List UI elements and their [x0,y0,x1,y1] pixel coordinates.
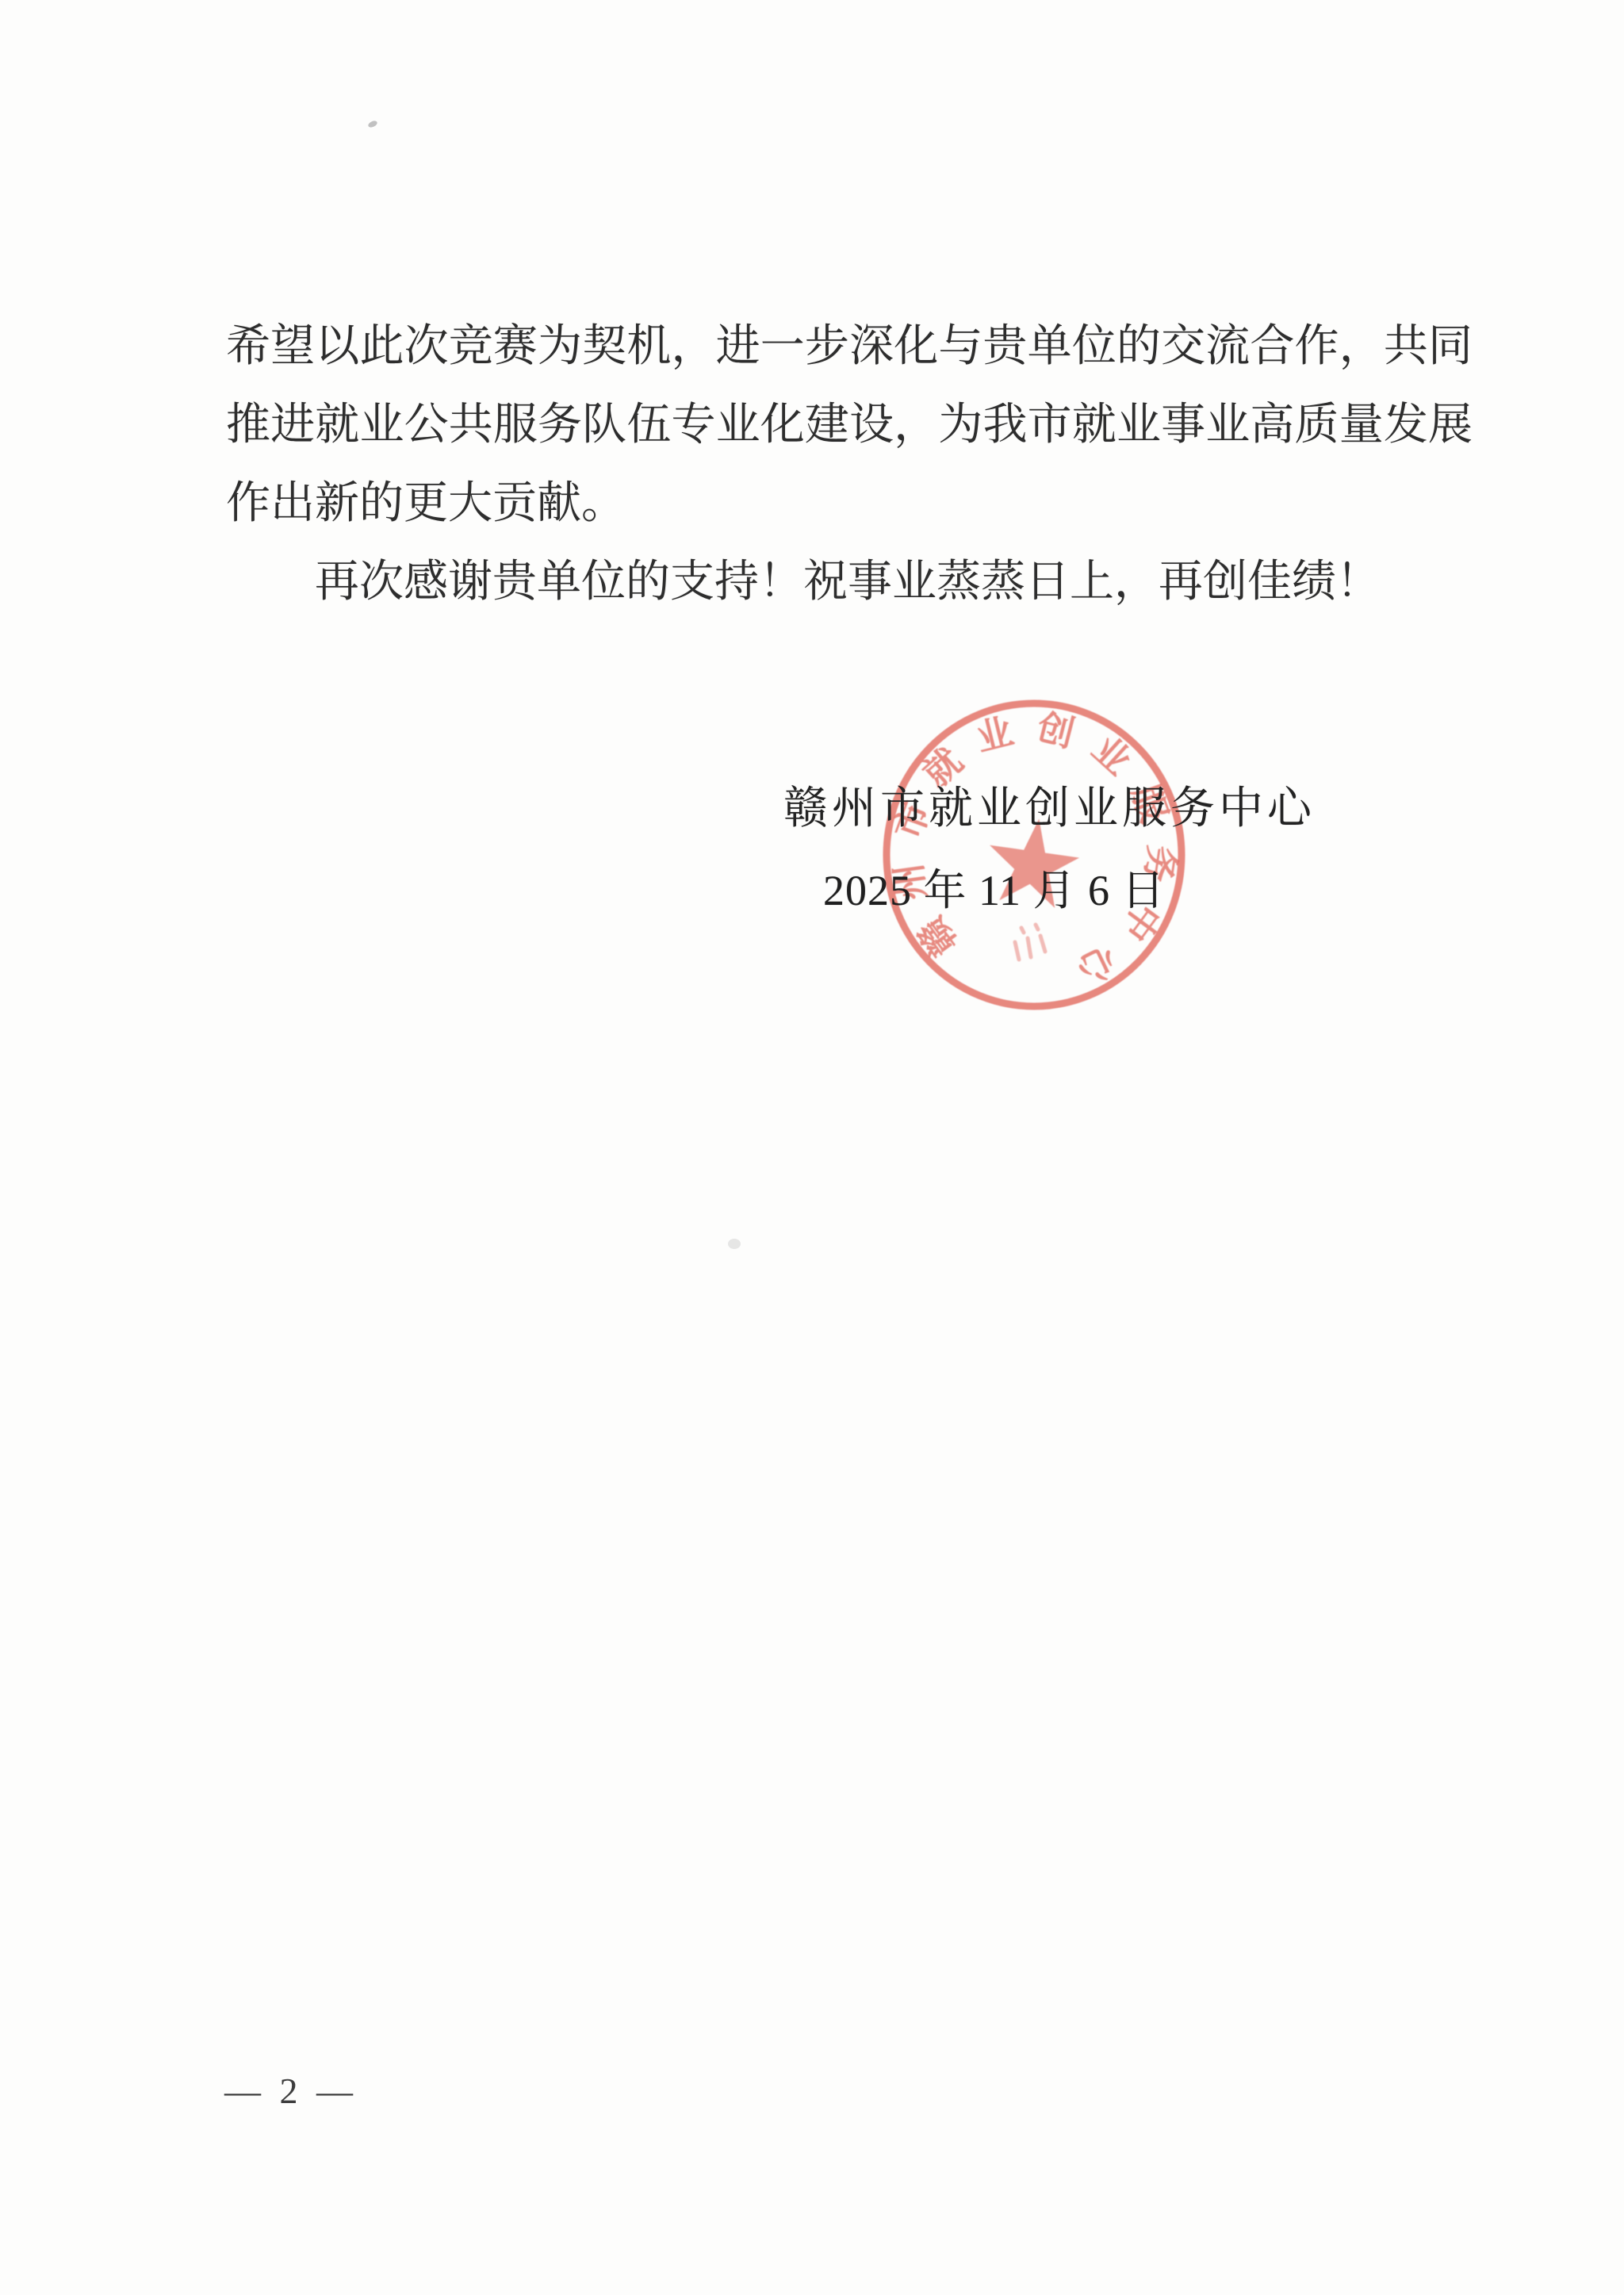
scan-speck-icon [367,120,378,128]
scanned-letter-page: { "document": { "body_lines": [ "希望以此次竞赛… [0,0,1624,2295]
body-line-2: 推进就业公共服务队伍专业化建设，为我市就业事业高质量发展 [226,386,1473,465]
letter-body: 希望以此次竞赛为契机，进一步深化与贵单位的交流合作，共同 推进就业公共服务队伍专… [226,308,1473,622]
scan-speck-icon [728,1239,741,1249]
seal-code-marks-icon [1015,925,1045,960]
date-line: 2025 年 11 月 6 日 [823,868,1166,914]
official-seal: 赣州市就业创业服务中心 [860,680,1208,1029]
body-line-1: 希望以此次竞赛为契机，进一步深化与贵单位的交流合作，共同 [226,308,1473,386]
body-line-4: 再次感谢贵单位的支持！祝事业蒸蒸日上，再创佳绩！ [226,543,1473,622]
signature-line: 赣州市就业创业服务中心 [783,785,1316,833]
page-number: — 2 — [224,2071,358,2111]
body-line-3: 作出新的更大贡献。 [226,465,1473,543]
